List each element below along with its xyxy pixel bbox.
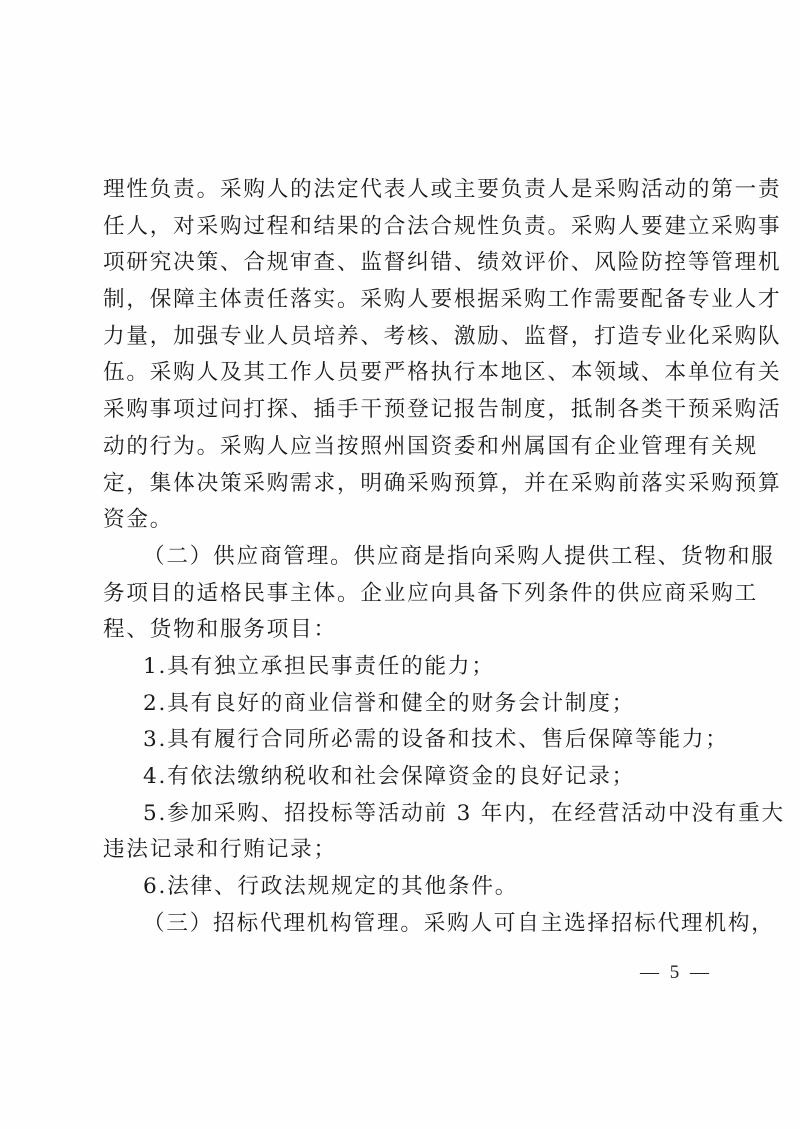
text-line: 项研究决策、合规审查、监督纠错、绩效评价、风险防控等管理机 [103, 245, 703, 282]
section-heading-supplier: （二）供应商管理。供应商是指向采购人提供工程、货物和服 [103, 539, 703, 576]
list-item-6: 6.法律、行政法规规定的其他条件。 [103, 869, 703, 906]
text-line: 伍。采购人及其工作人员要严格执行本地区、本领域、本单位有关 [103, 355, 703, 392]
text-line: 程、货物和服务项目： [103, 612, 703, 649]
text-line: 动的行为。采购人应当按照州国资委和州属国有企业管理有关规 [103, 429, 703, 466]
text-line: 力量，加强专业人员培养、考核、激励、监督，打造专业化采购队 [103, 319, 703, 356]
text-line: 任人，对采购过程和结果的合法合规性负责。采购人要建立采购事 [103, 209, 703, 246]
text-line: 采购事项过问打探、插手干预登记报告制度，抵制各类干预采购活 [103, 392, 703, 429]
text-line: 资金。 [103, 502, 703, 539]
section-heading-agency: （三）招标代理机构管理。采购人可自主选择招标代理机构， [103, 906, 703, 943]
text-line: 制，保障主体责任落实。采购人要根据采购工作需要配备专业人才 [103, 282, 703, 319]
list-item-1: 1.具有独立承担民事责任的能力； [103, 649, 703, 686]
list-item-3: 3.具有履行合同所必需的设备和技术、售后保障等能力； [103, 722, 703, 759]
text-line: 理性负责。采购人的法定代表人或主要负责人是采购活动的第一责 [103, 172, 703, 209]
page-number: — 5 — [640, 962, 712, 984]
list-item-4: 4.有依法缴纳税收和社会保障资金的良好记录； [103, 759, 703, 796]
list-item-5-continued: 违法记录和行贿记录； [103, 832, 703, 869]
body-text: 理性负责。采购人的法定代表人或主要负责人是采购活动的第一责 任人，对采购过程和结… [103, 172, 703, 942]
document-page: 理性负责。采购人的法定代表人或主要负责人是采购活动的第一责 任人，对采购过程和结… [0, 0, 800, 1129]
list-item-2: 2.具有良好的商业信誉和健全的财务会计制度； [103, 686, 703, 723]
list-item-5: 5.参加采购、招投标等活动前 3 年内，在经营活动中没有重大 [103, 796, 703, 833]
text-line: 定，集体决策采购需求，明确采购预算，并在采购前落实采购预算 [103, 466, 703, 503]
text-line: 务项目的适格民事主体。企业应向具备下列条件的供应商采购工 [103, 576, 703, 613]
